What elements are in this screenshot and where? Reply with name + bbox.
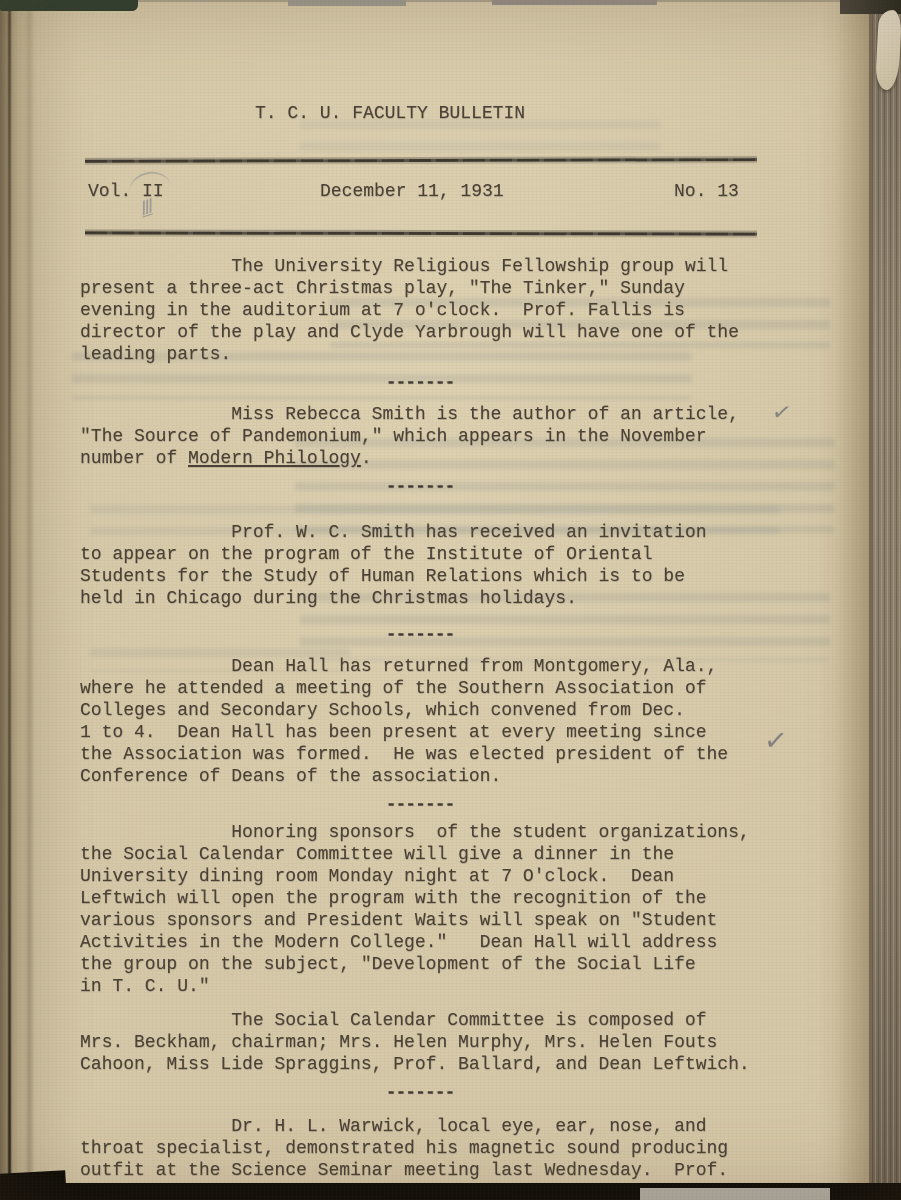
- article-line: "The Source of Pandemonium," which appea…: [80, 426, 760, 448]
- article-line: Cahoon, Miss Lide Spraggins, Prof. Balla…: [80, 1054, 760, 1076]
- article-line: number of Modern Philology.: [80, 448, 760, 470]
- page-left-fold-shadow: [27, 0, 32, 1200]
- scan-top-edge: [130, 0, 860, 2]
- scan-bottom-edge: [0, 1183, 901, 1200]
- article-line: to appear on the program of the Institut…: [80, 544, 760, 566]
- book-cover-edge: [0, 0, 138, 11]
- article-line: The University Religious Fellowship grou…: [80, 256, 760, 278]
- article-line: Students for the Study of Human Relation…: [80, 566, 760, 588]
- article-line: Dr. H. L. Warwick, local eye, ear, nose,…: [80, 1116, 760, 1138]
- article-line: Mrs. Beckham, chairman; Mrs. Helen Murph…: [80, 1032, 760, 1054]
- bulletin-body: The University Religious Fellowship grou…: [80, 256, 760, 1182]
- article-line: Miss Rebecca Smith is the author of an a…: [80, 404, 760, 426]
- article-3: Prof. W. C. Smith has received an invita…: [80, 522, 760, 610]
- scan-top-edge: [288, 0, 406, 6]
- horizontal-rule: [85, 231, 757, 235]
- article-line: Honoring sponsors of the student organiz…: [80, 822, 760, 844]
- article-line: the group on the subject, "Development o…: [80, 954, 760, 976]
- scanned-bulletin-page: T. C. U. FACULTY BULLETIN Vol. II Decemb…: [0, 0, 901, 1200]
- article-line: 1 to 4. Dean Hall has been present at ev…: [80, 722, 760, 744]
- article-line: present a three-act Christmas play, "The…: [80, 278, 760, 300]
- article-4: Dean Hall has returned from Montgomery, …: [80, 656, 760, 788]
- article-line: various sponsors and President Waits wil…: [80, 910, 760, 932]
- article-6: The Social Calendar Committee is compose…: [80, 1010, 760, 1076]
- scan-top-edge: [492, 0, 657, 5]
- article-line: leading parts.: [80, 344, 760, 366]
- article-1: The University Religious Fellowship grou…: [80, 256, 760, 366]
- article-5: Honoring sponsors of the student organiz…: [80, 822, 760, 998]
- scan-bottom-edge: [0, 1170, 67, 1200]
- article-line: Leftwich will open the program with the …: [80, 888, 760, 910]
- pencil-checkmark: ✓: [770, 399, 794, 428]
- issue-date: December 11, 1931: [320, 182, 504, 202]
- masthead-row: Vol. II December 11, 1931 No. 13: [80, 182, 760, 206]
- page-right-shadow: [836, 0, 872, 1200]
- pencil-checkmark: ✓: [762, 723, 789, 758]
- article-line: Prof. W. C. Smith has received an invita…: [80, 522, 760, 544]
- article-line: Conference of Deans of the association.: [80, 766, 760, 788]
- page-title: T. C. U. FACULTY BULLETIN: [255, 103, 525, 125]
- page-left-edge-shadow: [0, 0, 18, 1200]
- article-line: in T. C. U.": [80, 976, 760, 998]
- scan-top-corner: [840, 0, 901, 14]
- article-line: Dean Hall has returned from Montgomery, …: [80, 656, 760, 678]
- article-line: the Social Calendar Committee will give …: [80, 844, 760, 866]
- bleedthrough-text: [300, 120, 660, 154]
- underlined-text: Modern Philology: [188, 449, 361, 469]
- article-line: University dining room Monday night at 7…: [80, 866, 760, 888]
- article-line: Colleges and Secondary Schools, which co…: [80, 700, 760, 722]
- article-line: held in Chicago during the Christmas hol…: [80, 588, 760, 610]
- article-line: director of the play and Clyde Yarbrough…: [80, 322, 760, 344]
- section-separator: -------: [80, 1082, 760, 1104]
- issue-number: No. 13: [674, 182, 739, 202]
- article-line: the Association was formed. He was elect…: [80, 744, 760, 766]
- section-separator: -------: [80, 794, 760, 816]
- article-line: throat specialist, demonstrated his magn…: [80, 1138, 760, 1160]
- article-line: outfit at the Science Seminar meeting la…: [80, 1160, 760, 1182]
- horizontal-rule: [85, 158, 757, 163]
- article-line: Activities in the Modern College." Dean …: [80, 932, 760, 954]
- paper-fragment: [875, 9, 901, 90]
- article-7: Dr. H. L. Warwick, local eye, ear, nose,…: [80, 1116, 760, 1182]
- article-line: The Social Calendar Committee is compose…: [80, 1010, 760, 1032]
- section-separator: -------: [80, 372, 760, 394]
- page-left-fold-line: [8, 0, 11, 1200]
- book-page-edges: [872, 0, 901, 1200]
- section-separator: -------: [80, 624, 760, 646]
- scan-bottom-edge: [640, 1188, 830, 1200]
- section-separator: -------: [80, 476, 760, 498]
- binding-seam: [869, 0, 872, 1200]
- article-2: Miss Rebecca Smith is the author of an a…: [80, 404, 760, 470]
- article-line: evening in the auditorium at 7 o'clock. …: [80, 300, 760, 322]
- article-line: where he attended a meeting of the South…: [80, 678, 760, 700]
